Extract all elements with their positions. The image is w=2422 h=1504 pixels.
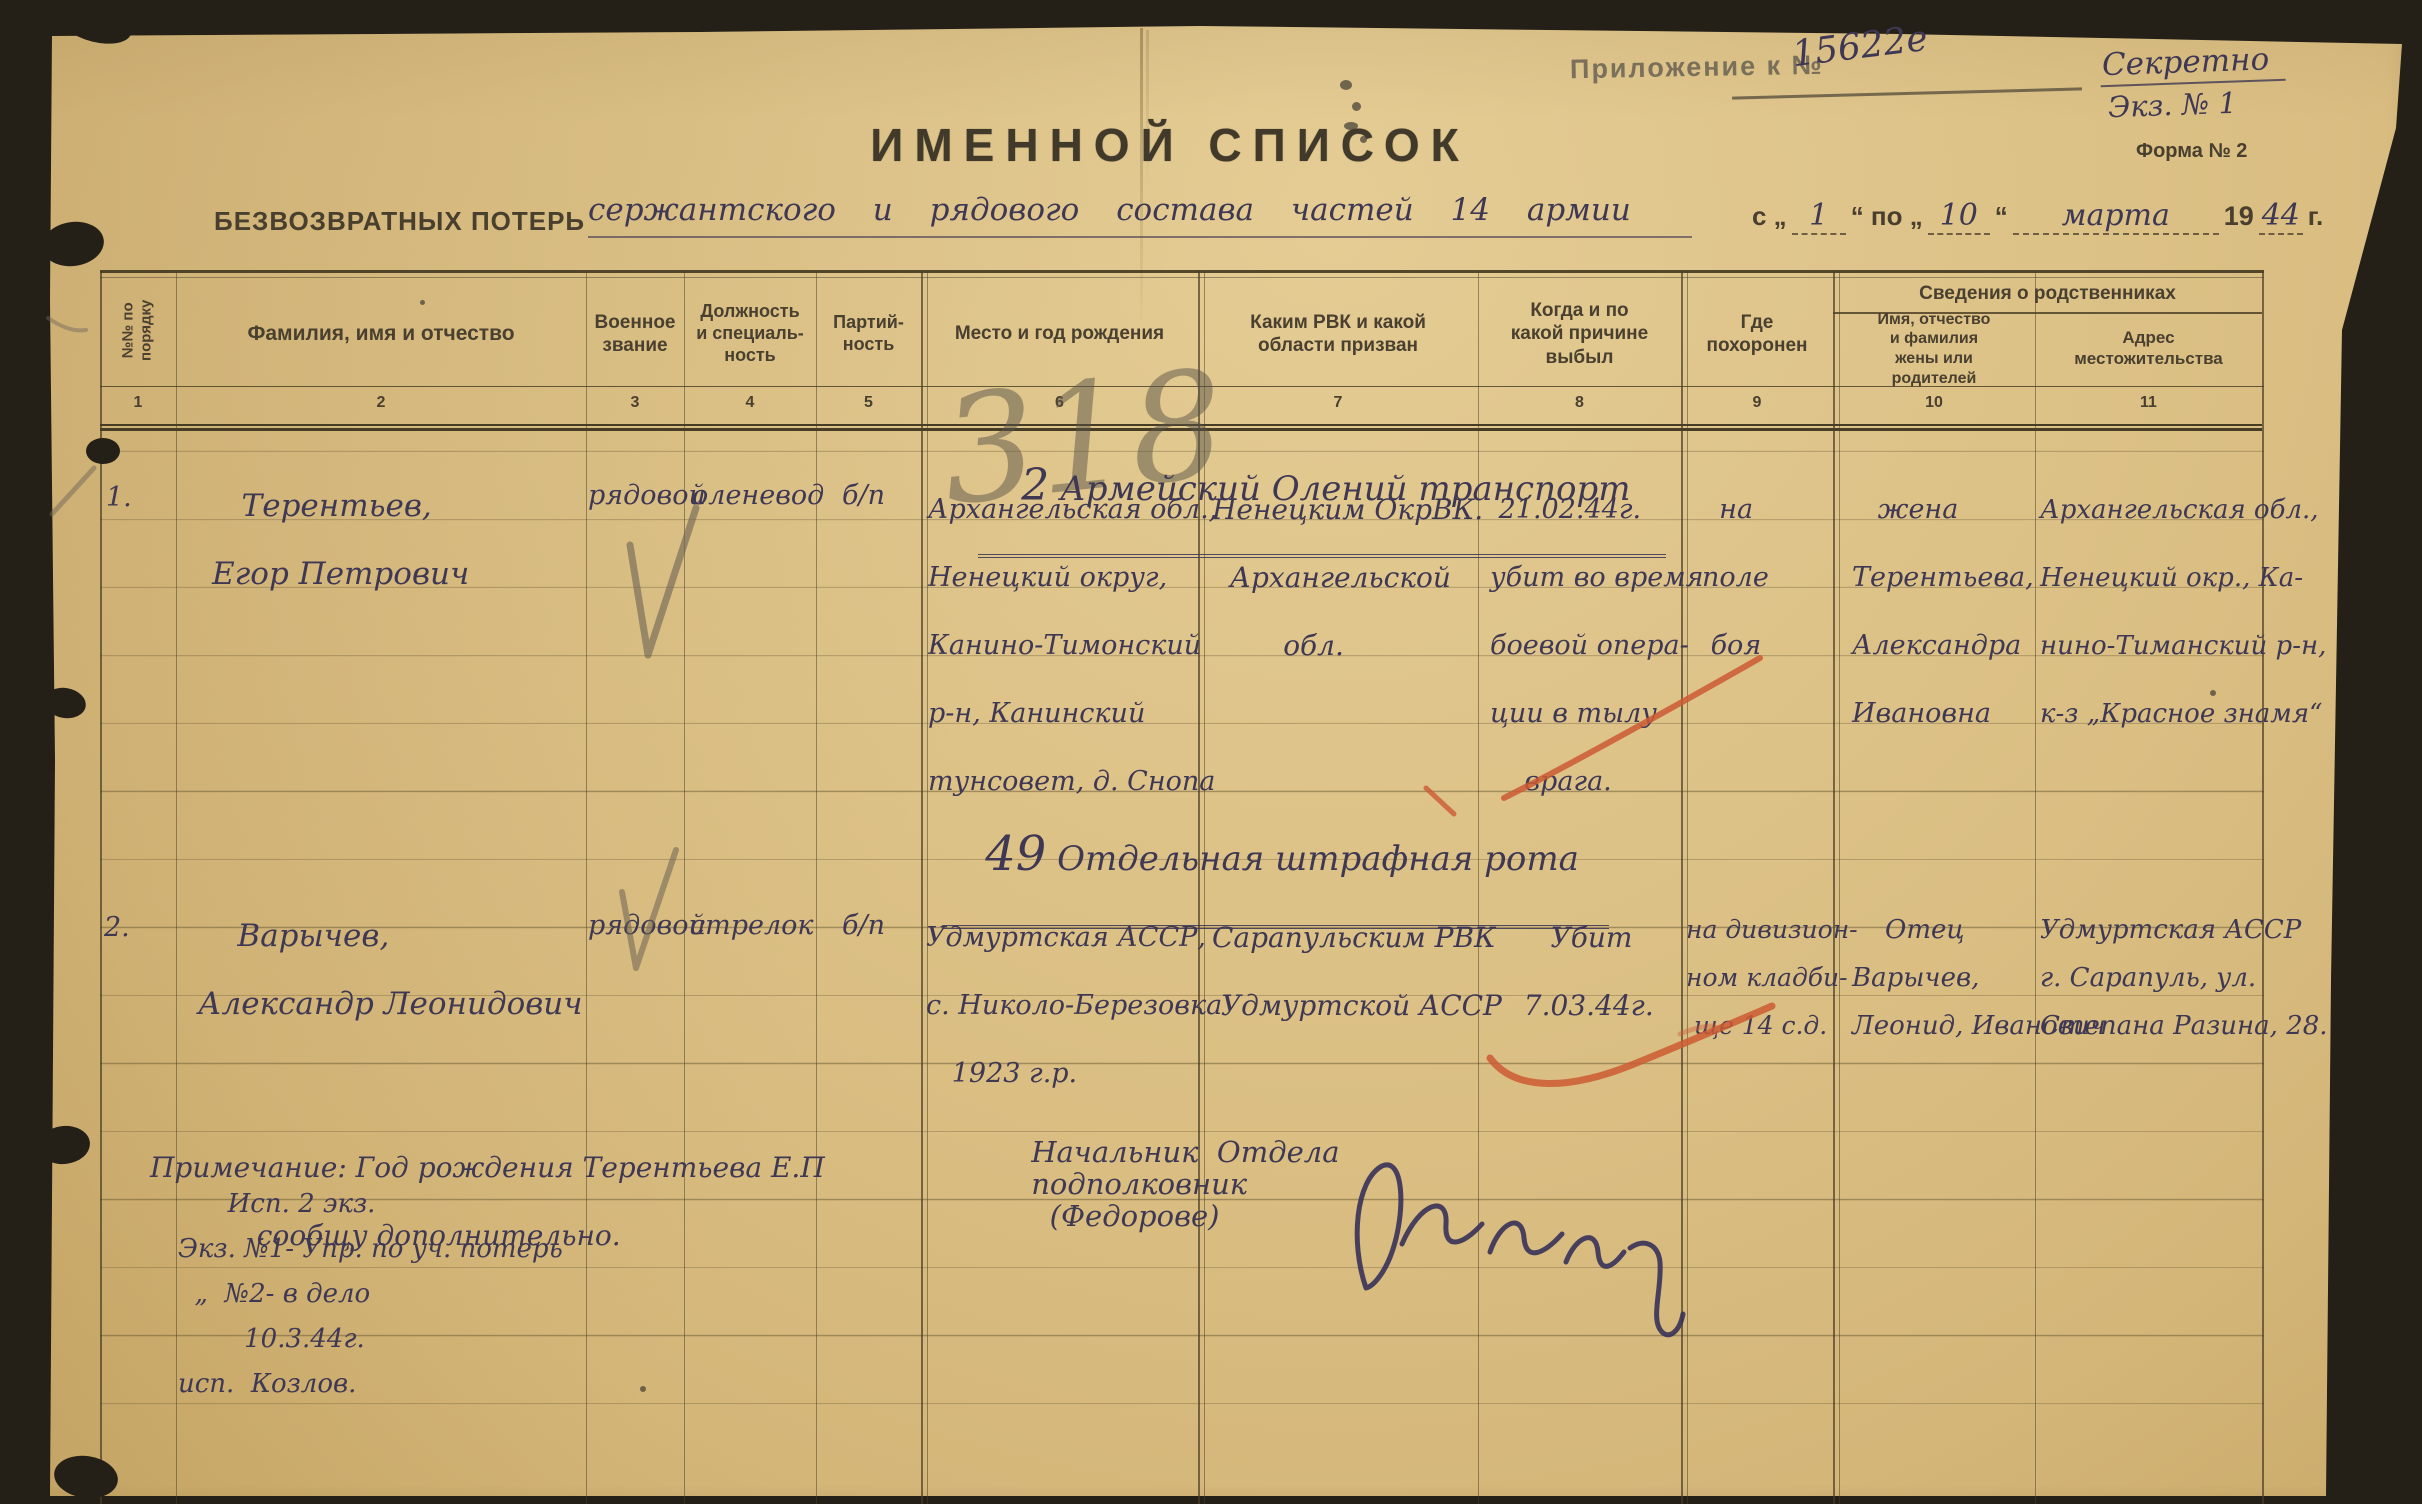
row-2-rank: рядовой <box>588 910 706 941</box>
column-line <box>684 271 685 1504</box>
row-1-casualty: 21.02.44г. убит во время боевой опера- ц… <box>1490 476 1704 816</box>
column-line <box>1839 271 1840 1504</box>
row-2-casualty: Убит 7.03.44г. <box>1506 904 1654 1040</box>
row-2-party: б/п <box>842 910 885 941</box>
paper-crease <box>1140 28 1143 328</box>
column-header-9: Где похоронен <box>1681 286 1833 382</box>
row-2-birthplace: Удмуртская АССР, с. Николо-Березовка 192… <box>926 904 1222 1108</box>
column-number-3: 3 <box>586 394 684 412</box>
section-2-heading-number: 49 <box>985 826 1046 882</box>
column-number-7: 7 <box>1198 394 1478 412</box>
row-1-burial: на поле боя <box>1702 476 1769 680</box>
paper-hole <box>86 438 120 464</box>
row-1-number: 1. <box>106 482 132 513</box>
column-number-2: 2 <box>176 394 586 412</box>
secrecy-note: Секретно <box>2099 41 2286 87</box>
period-prefix: с „ <box>1752 201 1787 232</box>
column-line <box>1687 271 1688 1504</box>
period-month: марта <box>2013 198 2219 235</box>
paper-speck <box>1360 136 1367 143</box>
table-border-right <box>2262 271 2264 1504</box>
page-title: ИМЕННОЙ СПИСОК <box>850 118 1490 172</box>
column-header-7: Каким РВК и какой области призван <box>1198 286 1478 382</box>
form-number: Форма № 2 <box>2136 140 2247 163</box>
row-2-drafted-by: Сарапульским РВК Удмуртской АССР <box>1212 904 1502 1040</box>
reporting-period: с „ 1 “ по „ 10 “ марта 19 44 г. <box>1752 198 2323 235</box>
column-line <box>816 271 817 1504</box>
column-header-8: Когда и по какой причине выбыл <box>1478 286 1681 382</box>
column-header-1-label: №№ по порядку <box>120 299 157 360</box>
scanned-document: Приложение к № 15622е Секретно Экз. № 1 … <box>0 0 2422 1504</box>
row-2-number: 2. <box>104 912 130 943</box>
period-suffix: г. <box>2308 201 2323 232</box>
column-number-4: 4 <box>684 394 816 412</box>
column-line <box>176 271 177 1504</box>
column-header-11: Адрес местожительства <box>2035 312 2262 386</box>
row-1-rank: рядовой <box>588 480 706 511</box>
row-2-address: Удмуртская АССР г. Сарапуль, ул. Степана… <box>2040 906 2328 1050</box>
row-1-party: б/п <box>842 480 885 511</box>
column-line <box>921 271 923 1504</box>
row-2-specialty: стрелок <box>690 910 814 941</box>
period-year-typed: 19 <box>2224 201 2254 232</box>
column-line <box>1681 271 1683 1504</box>
period-quote: “ <box>1995 201 2008 232</box>
row-1-address: Архангельская обл., Ненецкий окр., Ка- н… <box>2040 476 2326 748</box>
paper-speck <box>1344 122 1358 130</box>
row-1-drafted-by: Ненецким ОкрВК. Архангельской обл. <box>1212 476 1483 680</box>
subtitle-handwritten: сержантского и рядового состава частей 1… <box>588 192 1692 238</box>
column-number-1: 1 <box>100 394 176 412</box>
column-number-11: 11 <box>2035 394 2262 412</box>
column-number-5: 5 <box>816 394 921 412</box>
paper-speck <box>640 1386 646 1392</box>
paper-speck <box>1340 80 1352 90</box>
column-line <box>927 271 928 1504</box>
column-header-2: Фамилия, имя и отчество <box>176 286 586 382</box>
row-2-burial: на дивизион- ном кладби- ще 14 с.д. <box>1686 906 1858 1050</box>
subtitle-label: БЕЗВОЗВРАТНЫХ ПОТЕРЬ <box>214 206 585 237</box>
column-line <box>1833 271 1835 1504</box>
column-line <box>586 271 587 1504</box>
column-number-10: 10 <box>1833 394 2035 412</box>
section-2-heading-text: Отдельная штрафная рота <box>1046 839 1579 879</box>
row-1-name: Терентьев, Егор Петрович <box>212 472 469 608</box>
column-number-9: 9 <box>1681 394 1833 412</box>
row-1-relative: жена Терентьева, Александра Ивановна <box>1852 476 2034 748</box>
paper-speck <box>2210 690 2216 696</box>
column-header-4: Должность и специаль- ность <box>684 286 816 382</box>
row-1-specialty: оленевод <box>692 480 824 511</box>
paper-speck <box>420 300 425 305</box>
period-from: 1 <box>1792 198 1846 235</box>
table-top-border <box>100 270 2264 273</box>
relatives-group-header: Сведения о родственниках <box>1833 278 2262 310</box>
row-1-birthplace: Архангельская обл., Ненецкий округ, Кани… <box>928 476 1217 816</box>
paper-speck <box>1352 102 1361 111</box>
copy-number: Экз. № 1 <box>2107 86 2237 124</box>
column-header-1: №№ по порядку <box>100 280 176 380</box>
period-to: 10 <box>1928 198 1990 235</box>
period-mid: “ по „ <box>1851 201 1923 232</box>
stamp-label: Приложение к № <box>1570 50 1824 85</box>
period-year-hw: 44 <box>2259 198 2303 235</box>
column-line <box>2035 271 2036 1504</box>
column-header-5: Партий- ность <box>816 286 921 382</box>
column-header-10: Имя, отчество и фамилия жены или родител… <box>1833 312 2035 386</box>
row-2-name: Варычев, Александр Леонидович <box>198 902 583 1038</box>
signature-block: Начальник Отдела подполковник (Федорове) <box>1022 1136 1340 1232</box>
copies-footnote: Исп. 2 экз. Экз. №1- Упр. по уч. потерь … <box>178 1182 563 1407</box>
column-header-3: Военное звание <box>586 286 684 382</box>
column-number-8: 8 <box>1478 394 1681 412</box>
